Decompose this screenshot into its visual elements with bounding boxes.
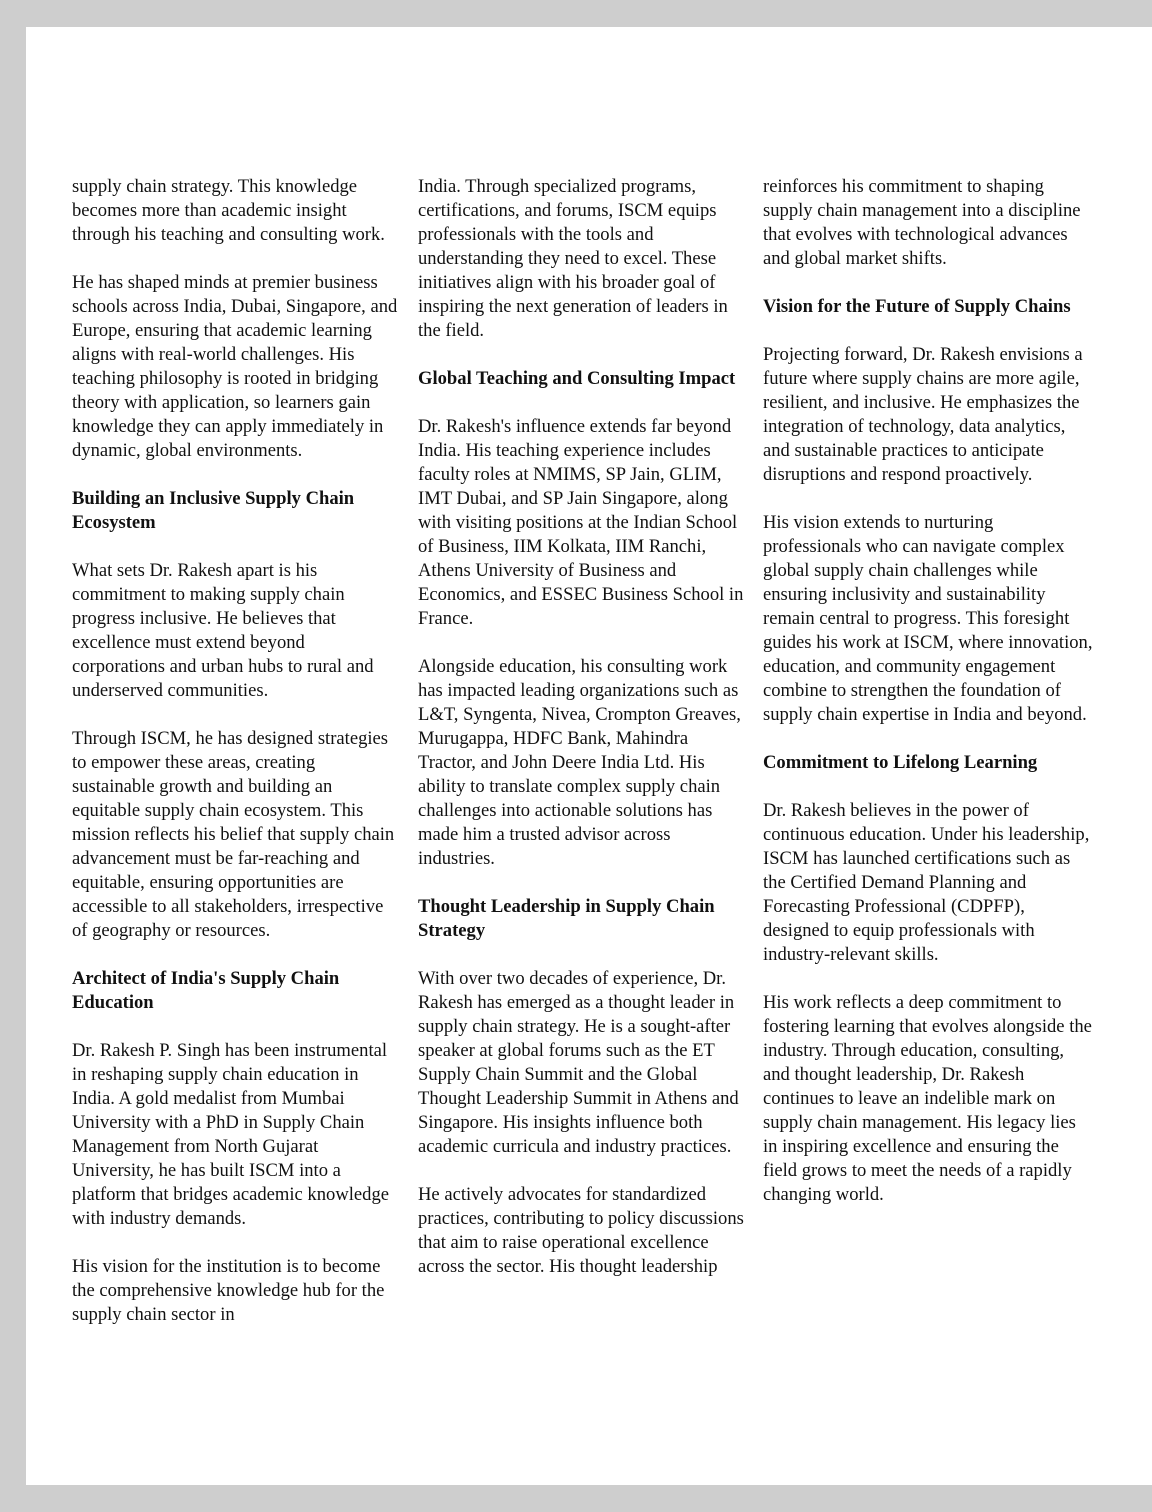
paragraph: His vision extends to nurturing professi… (763, 511, 1093, 727)
paragraph: He actively advocates for standardized p… (418, 1183, 748, 1279)
paragraph: reinforces his commitment to shaping sup… (763, 175, 1093, 271)
paragraph: India. Through specialized programs, cer… (418, 175, 748, 343)
section-heading: Global Teaching and Consulting Impact (418, 367, 748, 391)
text-column-3: reinforces his commitment to shaping sup… (763, 175, 1093, 1231)
paragraph: His vision for the institution is to bec… (72, 1255, 402, 1327)
paragraph: Dr. Rakesh's influence extends far beyon… (418, 415, 748, 631)
section-heading: Commitment to Lifelong Learning (763, 751, 1093, 775)
paragraph: Dr. Rakesh believes in the power of cont… (763, 799, 1093, 967)
paragraph: What sets Dr. Rakesh apart is his commit… (72, 559, 402, 703)
section-heading: Thought Leadership in Supply Chain Strat… (418, 895, 748, 943)
paragraph: He has shaped minds at premier business … (72, 271, 402, 463)
document-page: supply chain strategy. This knowledge be… (26, 27, 1152, 1485)
text-column-1: supply chain strategy. This knowledge be… (72, 175, 402, 1351)
paragraph: Dr. Rakesh P. Singh has been instrumenta… (72, 1039, 402, 1231)
text-column-2: India. Through specialized programs, cer… (418, 175, 748, 1303)
paragraph: His work reflects a deep commitment to f… (763, 991, 1093, 1207)
section-heading: Architect of India's Supply Chain Educat… (72, 967, 402, 1015)
paragraph: Alongside education, his consulting work… (418, 655, 748, 871)
section-heading: Building an Inclusive Supply Chain Ecosy… (72, 487, 402, 535)
paragraph: supply chain strategy. This knowledge be… (72, 175, 402, 247)
section-heading: Vision for the Future of Supply Chains (763, 295, 1093, 319)
paragraph: With over two decades of experience, Dr.… (418, 967, 748, 1159)
paragraph: Projecting forward, Dr. Rakesh envisions… (763, 343, 1093, 487)
paragraph: Through ISCM, he has designed strategies… (72, 727, 402, 943)
